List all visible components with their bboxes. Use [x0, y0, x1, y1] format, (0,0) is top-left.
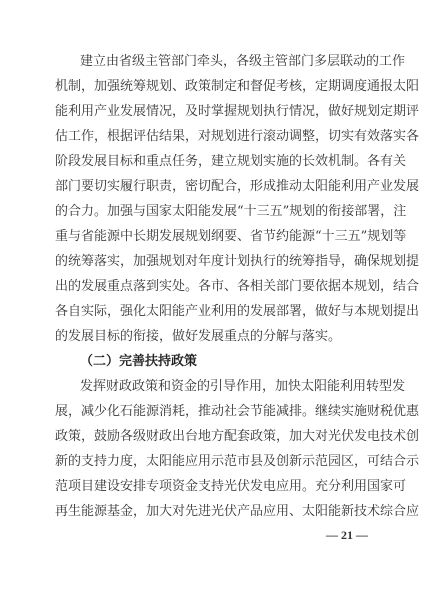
- paragraph-2-line-4: 新的支持力度，太阳能应用示范市县及创新示范园区，可结合示: [55, 454, 368, 470]
- page-number: — 21 —: [318, 527, 368, 543]
- paragraph-1-line-6: 部门要切实履行职责，密切配合，形成推动太阳能利用产业发展: [55, 179, 368, 195]
- paragraph-1-line-10: 出的发展重点落到实处。各市、各相关部门要依据本规划，结合: [55, 279, 368, 295]
- paragraph-1-line-4: 估工作，根据评估结果，对规划进行滚动调整，切实有效落实各: [55, 129, 368, 145]
- paragraph-1-line-8: 重与省能源中长期发展规划纲要、省节约能源“十三五”规划等: [55, 229, 368, 245]
- paragraph-1-line-5: 阶段发展目标和重点任务，建立规划实施的长效机制。各有关: [55, 154, 368, 170]
- paragraph-2-line-2: 展，减少化石能源消耗，推动社会节能减排。继续实施财税优惠: [55, 404, 368, 420]
- document-page: 建立由省级主管部门牵头，各级主管部门多层联动的工作 机制，加强统筹规划、政策制定…: [0, 0, 424, 600]
- paragraph-1-line-11: 各自实际，强化太阳能产业利用的发展部署，做好与本规划提出: [55, 304, 368, 320]
- paragraph-2-line-1: 发挥财政政策和资金的引导作用，加快太阳能利用转型发: [80, 379, 368, 395]
- paragraph-1-line-3: 能利用产业发展情况，及时掌握规划执行情况，做好规划定期评: [55, 104, 368, 120]
- section-heading: （二）完善扶持政策: [80, 354, 197, 370]
- paragraph-1-line-1: 建立由省级主管部门牵头，各级主管部门多层联动的工作: [80, 54, 368, 70]
- paragraph-1-line-2: 机制，加强统筹规划、政策制定和督促考核，定期调度通报太阳: [55, 79, 368, 95]
- paragraph-2-line-6: 再生能源基金，加大对先进光伏产品应用、太阳能新技术综合应: [55, 504, 368, 520]
- paragraph-2-line-5: 范项目建设安排专项资金支持光伏发电应用。充分利用国家可: [55, 479, 368, 495]
- paragraph-1-line-9: 的统筹落实，加强规划对年度计划执行的统筹指导，确保规划提: [55, 254, 368, 270]
- paragraph-1-line-7: 的合力。加强与国家太阳能发展“十三五”规划的衔接部署，注: [55, 204, 368, 220]
- paragraph-1-line-12: 的发展目标的衔接，做好发展重点的分解与落实。: [55, 329, 368, 345]
- paragraph-2-line-3: 政策，鼓励各级财政出台地方配套政策，加大对光伏发电技术创: [55, 429, 368, 445]
